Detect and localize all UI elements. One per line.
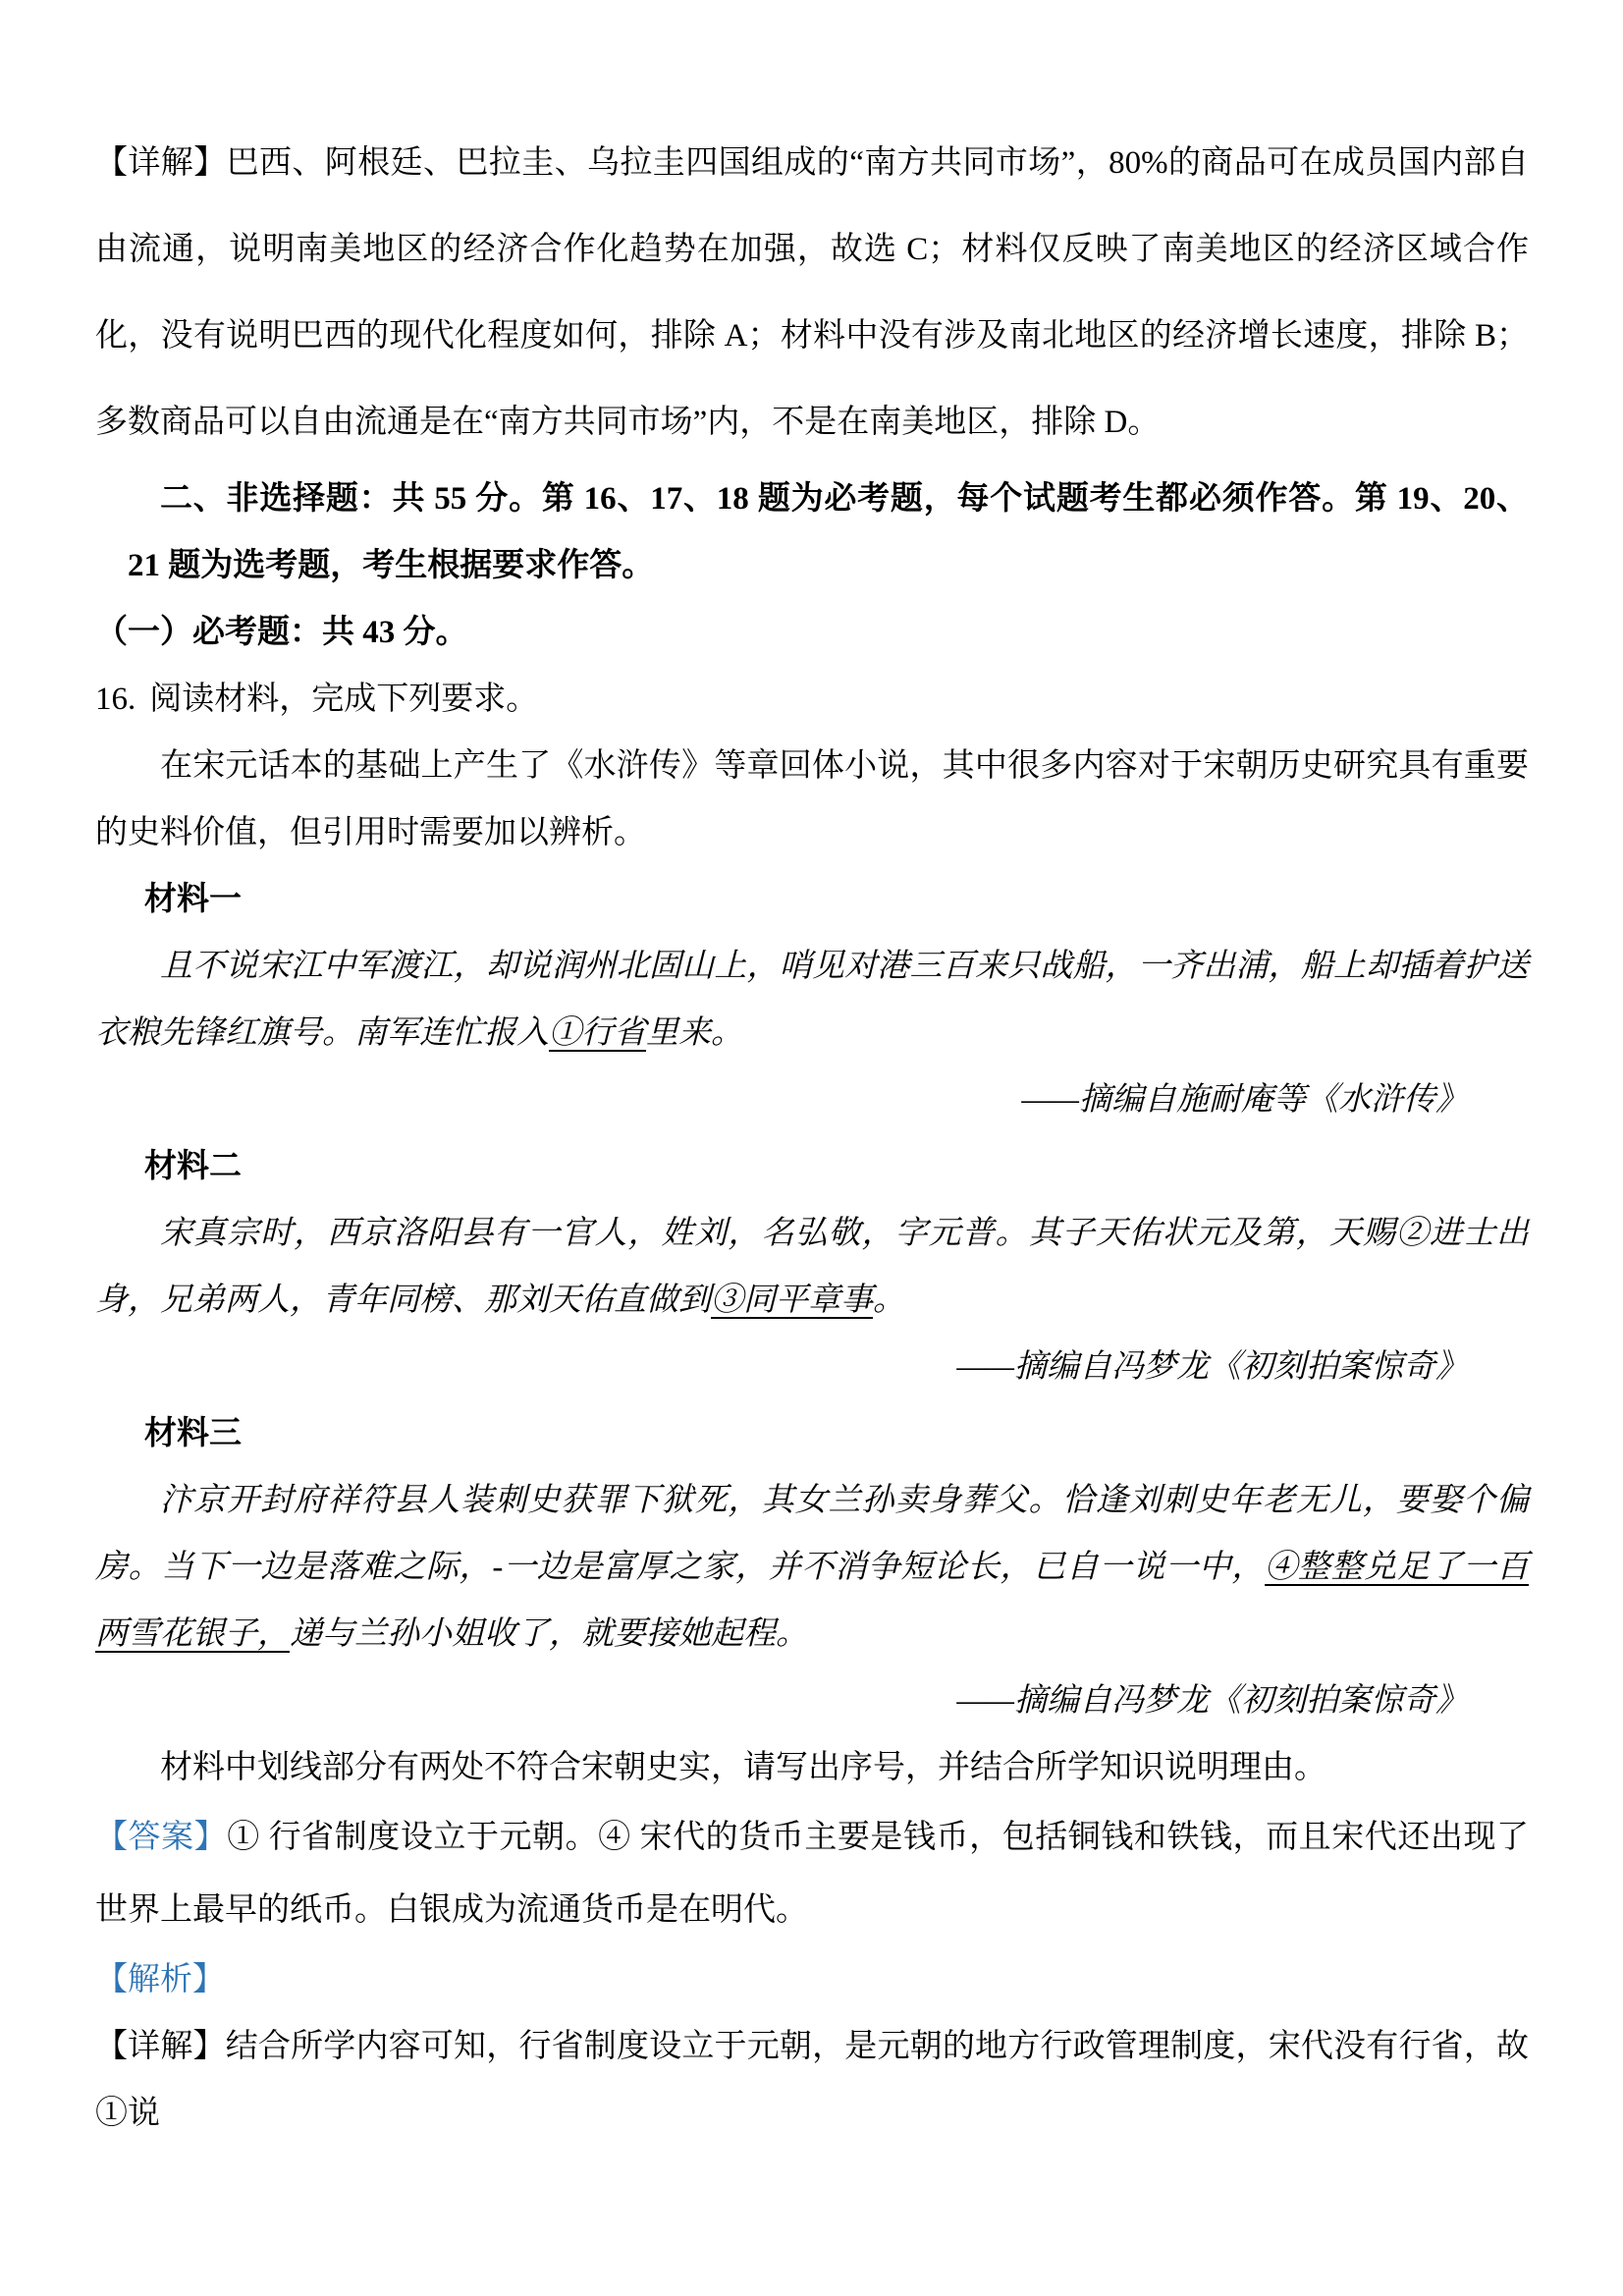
detail-2-label: 【详解】 <box>95 2029 226 2064</box>
material-3-source: ——摘编自冯梦龙《初刻拍案惊奇》 <box>95 1667 1529 1734</box>
material-2-title: 材料二 <box>95 1133 1529 1200</box>
detail-1-label: 【详解】 <box>95 145 227 181</box>
answer-text: ① 行省制度设立于元朝。④ 宋代的货币主要是钱币，包括铜钱和铁钱，而且宋代还出现… <box>95 1820 1529 1928</box>
material-1-source: ——摘编自施耐庵等《水浒传》 <box>95 1066 1529 1133</box>
material-3-title: 材料三 <box>95 1400 1529 1467</box>
analysis-label: 【解析】 <box>95 1962 225 1997</box>
detail-paragraph-2: 【详解】结合所学内容可知，行省制度设立于元朝，是元朝的地方行政管理制度，宋代没有… <box>95 2013 1529 2147</box>
material-1-text-before: 且不说宋江中军渡江，却说润州北固山上，哨见对港三百来只战船，一齐出浦，船上却插着… <box>95 949 1529 1051</box>
material-2-underlined-part: ③同平章事 <box>711 1283 873 1318</box>
material-1-quote: 且不说宋江中军渡江，却说润州北固山上，哨见对港三百来只战船，一齐出浦，船上却插着… <box>95 933 1529 1066</box>
answer-label: 【答案】 <box>95 1820 227 1855</box>
material-1-underlined-part: ①行省 <box>549 1015 646 1051</box>
question-16-number: 16. <box>95 682 135 717</box>
material-2-quote: 宋真宗时，西京洛阳县有一官人，姓刘，名弘敬，字元普。其子天佑状元及第，天赐②进士… <box>95 1200 1529 1334</box>
material-1-text-after: 里来。 <box>646 1015 743 1051</box>
section-header: 二、非选择题：共 55 分。第 16、17、18 题为必考题，每个试题考生都必须… <box>95 465 1529 599</box>
question-16-task: 材料中划线部分有两处不符合宋朝史实，请写出序号，并结合所学知识说明理由。 <box>95 1734 1529 1801</box>
material-1-title: 材料一 <box>95 866 1529 933</box>
material-2-source: ——摘编自冯梦龙《初刻拍案惊奇》 <box>95 1334 1529 1400</box>
detail-paragraph-1: 【详解】巴西、阿根廷、巴拉圭、乌拉圭四国组成的“南方共同市场”，80%的商品可在… <box>95 120 1529 465</box>
answer-paragraph: 【答案】① 行省制度设立于元朝。④ 宋代的货币主要是钱币，包括铜钱和铁钱，而且宋… <box>95 1801 1529 1946</box>
detail-1-text: 巴西、阿根廷、巴拉圭、乌拉圭四国组成的“南方共同市场”，80%的商品可在成员国内… <box>95 145 1529 440</box>
analysis-paragraph: 【解析】 <box>95 1946 1529 2013</box>
document-page: 【详解】巴西、阿根廷、巴拉圭、乌拉圭四国组成的“南方共同市场”，80%的商品可在… <box>0 0 1623 2296</box>
material-2-text-after: 。 <box>873 1283 905 1318</box>
question-16-prompt: 阅读材料，完成下列要求。 <box>149 682 538 717</box>
material-3-quote: 汴京开封府祥符县人装刺史获罪下狱死，其女兰孙卖身葬父。恰逢刘刺史年老无儿，要娶个… <box>95 1467 1529 1667</box>
subsection-header: （一）必考题：共 43 分。 <box>95 599 1529 666</box>
question-16-heading: 16.阅读材料，完成下列要求。 <box>95 666 1529 733</box>
detail-2-text: 结合所学内容可知，行省制度设立于元朝，是元朝的地方行政管理制度，宋代没有行省，故… <box>95 2029 1529 2131</box>
question-16-intro: 在宋元话本的基础上产生了《水浒传》等章回体小说，其中很多内容对于宋朝历史研究具有… <box>95 733 1529 866</box>
material-3-text-after: 递与兰孙小姐收了，就要接她起程。 <box>290 1616 808 1652</box>
